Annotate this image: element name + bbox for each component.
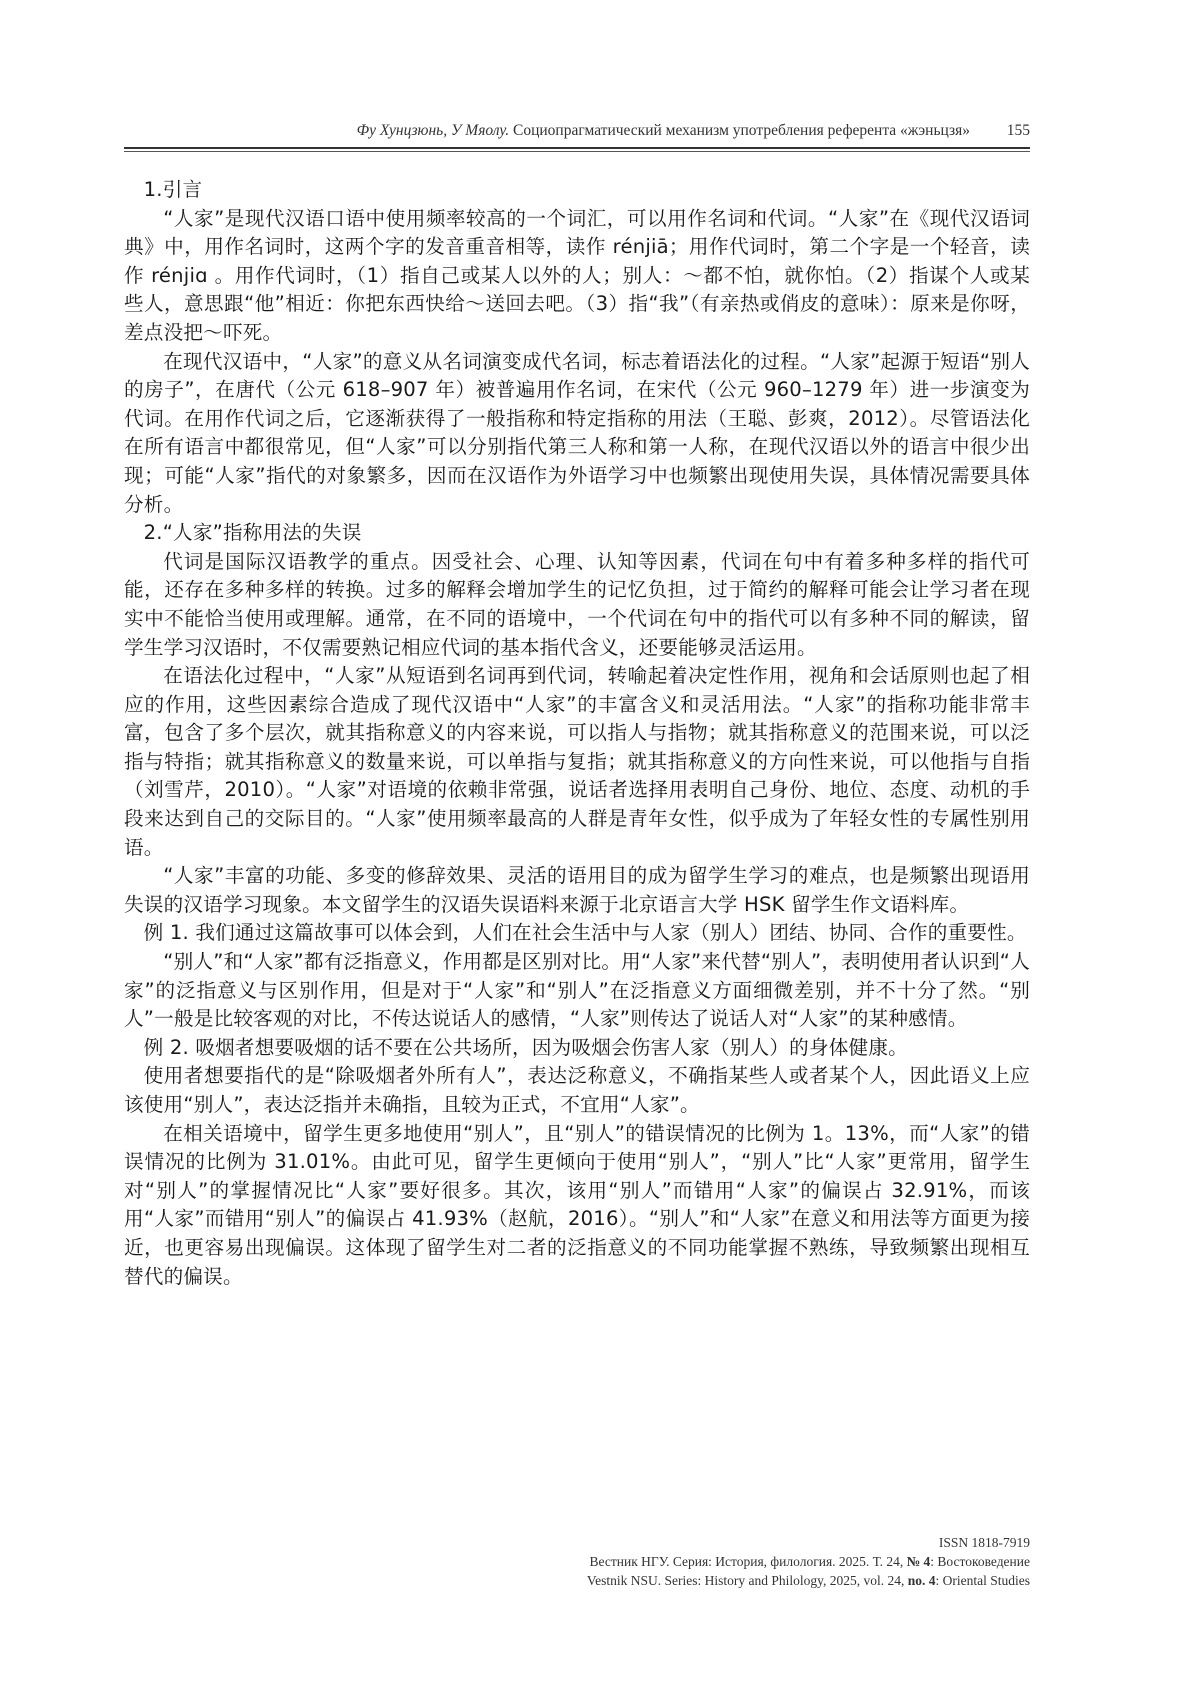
paragraph: 在相关语境中，留学生更多地使用“别人”，且“别人”的错误情况的比例为 1。13%… [124, 1120, 1030, 1292]
issn: ISSN 1818-7919 [587, 1533, 1030, 1552]
article-body: 1.引言 “人家”是现代汉语口语中使用频率较高的一个词汇，可以用作名词和代词。“… [124, 176, 1030, 1291]
header-rule-thick [124, 147, 1030, 149]
page-number: 155 [1007, 122, 1030, 140]
journal-en-issue: no. 4 [908, 1573, 936, 1588]
journal-ru-issue: № 4 [907, 1554, 931, 1569]
running-header: Фу Хунцзюнь, У Мяолу. Социопрагматически… [124, 122, 1030, 144]
paragraph: “人家”丰富的功能、多变的修辞效果、灵活的语用目的成为留学生学习的难点，也是频繁… [124, 862, 1030, 919]
paragraph: “别人”和“人家”都有泛指意义，作用都是区别对比。用“人家”来代替“别人”，表明… [124, 948, 1030, 1034]
paragraph: “人家”是现代汉语口语中使用频率较高的一个词汇，可以用作名词和代词。“人家”在《… [124, 205, 1030, 348]
header-rule-thin [124, 151, 1030, 152]
paragraph: 使用者想要指代的是“除吸烟者外所有人”，表达泛称意义，不确指某些人或者某个人，因… [124, 1062, 1030, 1119]
example-1: 例 1. 我们通过这篇故事可以体会到，人们在社会生活中与人家（别人）团结、协同、… [124, 919, 1030, 948]
section-heading-errors: 2.“人家”指称用法的失误 [124, 519, 1030, 548]
paragraph: 在现代汉语中，“人家”的意义从名词演变成代名词，标志着语法化的过程。“人家”起源… [124, 348, 1030, 520]
journal-ru-suffix: : Востоковедение [930, 1554, 1030, 1569]
journal-en-prefix: Vestnik NSU. Series: History and Philolo… [587, 1573, 908, 1588]
journal-ru-prefix: Вестник НГУ. Серия: История, филология. … [590, 1554, 907, 1569]
journal-en-suffix: : Oriental Studies [936, 1573, 1031, 1588]
paragraph: 代词是国际汉语教学的重点。因受社会、心理、认知等因素，代词在句中有着多种多样的指… [124, 548, 1030, 662]
running-title: Фу Хунцзюнь, У Мяолу. Социопрагматически… [357, 122, 970, 140]
journal-citation-ru: Вестник НГУ. Серия: История, филология. … [587, 1552, 1030, 1571]
section-heading-intro: 1.引言 [124, 176, 1030, 205]
running-article-title: Социопрагматический механизм употреблени… [513, 122, 970, 139]
journal-footer: ISSN 1818-7919 Вестник НГУ. Серия: Истор… [587, 1533, 1030, 1590]
example-2: 例 2. 吸烟者想要吸烟的话不要在公共场所，因为吸烟会伤害人家（别人）的身体健康… [124, 1034, 1030, 1063]
paragraph: 在语法化过程中，“人家”从短语到名词再到代词，转喻起着决定性作用，视角和会话原则… [124, 662, 1030, 862]
running-authors: Фу Хунцзюнь, У Мяолу. [357, 122, 509, 139]
journal-citation-en: Vestnik NSU. Series: History and Philolo… [587, 1571, 1030, 1590]
